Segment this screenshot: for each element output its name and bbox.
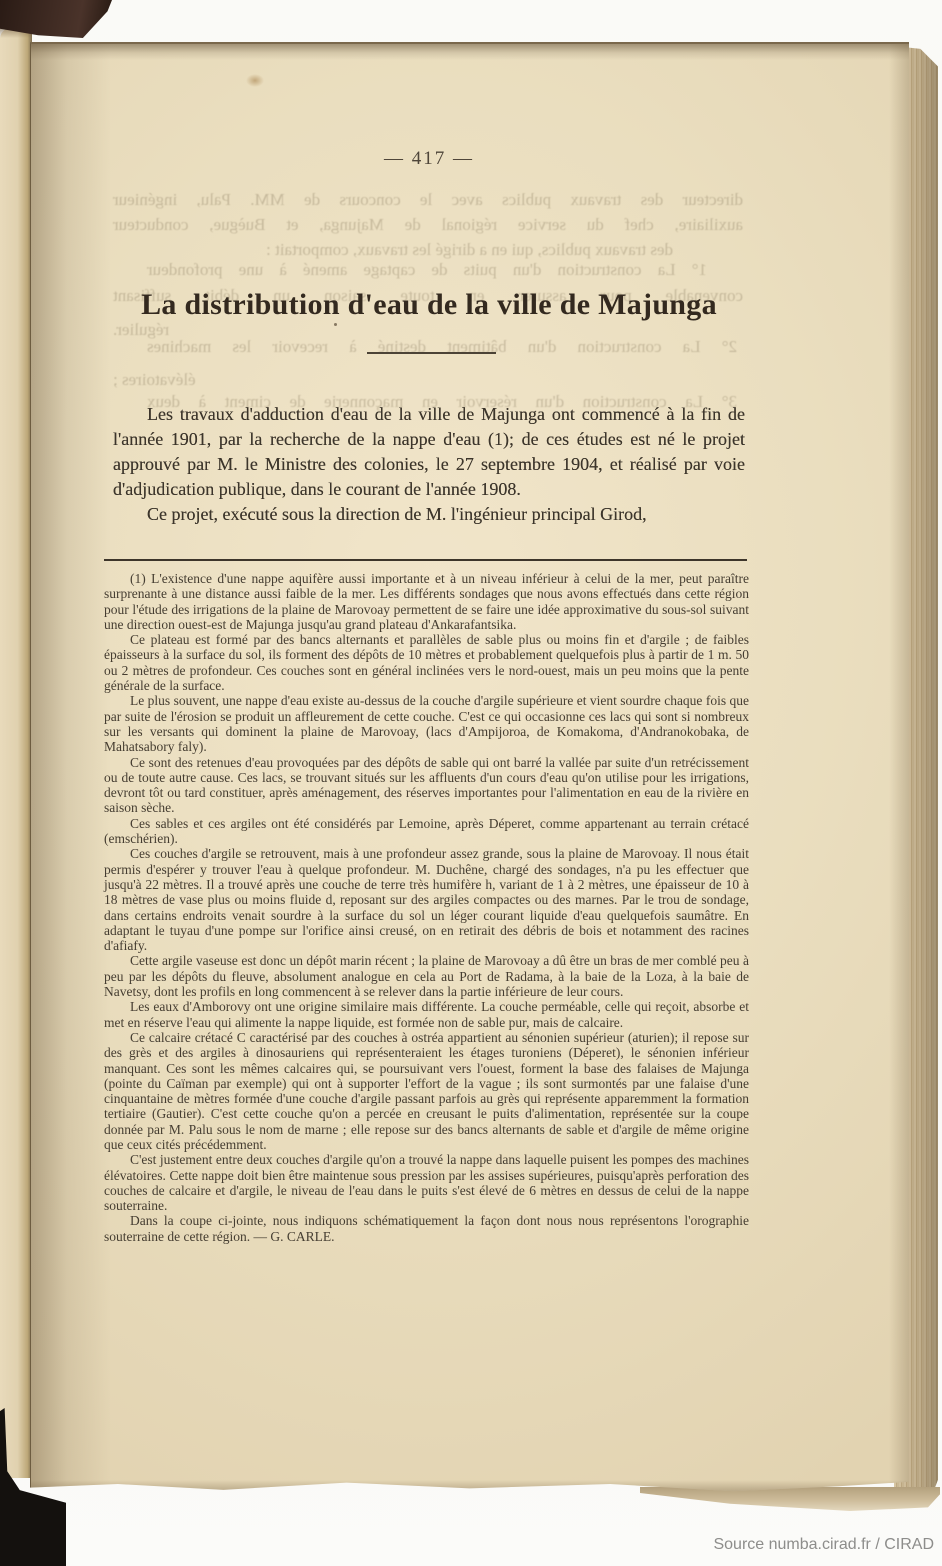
footnote-paragraph: Ce sont des retenues d'eau provoquées pa… — [104, 755, 749, 816]
footnote-text: (1) L'existence d'une nappe aquifère aus… — [104, 571, 749, 1244]
facing-page-sliver — [0, 26, 32, 1478]
footnote-paragraph: Cette argile vaseuse est donc un dépôt m… — [104, 953, 749, 999]
book-page: directeur des travaux publics avec le co… — [30, 42, 909, 1492]
footnote-paragraph: Dans la coupe ci-jointe, nous indiquons … — [104, 1213, 749, 1244]
footnote-paragraph: Les eaux d'Amborovy ont une origine simi… — [104, 999, 749, 1030]
ink-dot — [334, 323, 337, 326]
footnote-paragraph: (1) L'existence d'une nappe aquifère aus… — [104, 571, 749, 632]
page-edges-bottom — [640, 1487, 940, 1511]
paragraph: Ce projet, exécuté sous la direction de … — [113, 502, 745, 527]
footnote-divider — [104, 559, 747, 561]
page-number: — 417 — — [113, 148, 745, 170]
paper-stain — [246, 74, 264, 87]
scanned-book-photo: directeur des travaux publics avec le co… — [0, 0, 942, 1566]
page-top-shadow — [31, 44, 909, 60]
ghost-text-line: directeur des travaux publics avec le co… — [113, 190, 743, 209]
body-text: Les travaux d'adduction d'eau de la vill… — [113, 402, 745, 527]
footnote-paragraph: Ces couches d'argile se retrouvent, mais… — [104, 846, 749, 953]
gutter-shadow — [31, 44, 111, 1492]
paragraph: Les travaux d'adduction d'eau de la vill… — [113, 402, 745, 502]
footnote-paragraph: C'est justement entre deux couches d'arg… — [104, 1152, 749, 1213]
source-caption: Source numba.cirad.fr / CIRAD — [713, 1536, 934, 1554]
footnote-paragraph: Ce calcaire crétacé C caractérisé par de… — [104, 1030, 749, 1152]
footnote-paragraph: Ces sables et ces argiles ont été consid… — [104, 816, 749, 847]
page-right-shadow — [889, 44, 909, 1492]
ghost-text-line: auxiliaire, chef du service régional de … — [113, 215, 743, 234]
article-title: La distribution d'eau de la ville de Maj… — [113, 288, 745, 322]
ghost-text-line: 1° La construction d'un puits de captage… — [147, 260, 707, 279]
footnote-paragraph: Le plus souvent, une nappe d'eau existe … — [104, 693, 749, 754]
ghost-text-line: des travaux publics, qui en a dirigé les… — [113, 240, 673, 259]
ghost-text-line: élévatoires ; — [113, 370, 196, 389]
title-divider — [367, 352, 496, 354]
footnote-paragraph: Ce plateau est formé par des bancs alter… — [104, 632, 749, 693]
